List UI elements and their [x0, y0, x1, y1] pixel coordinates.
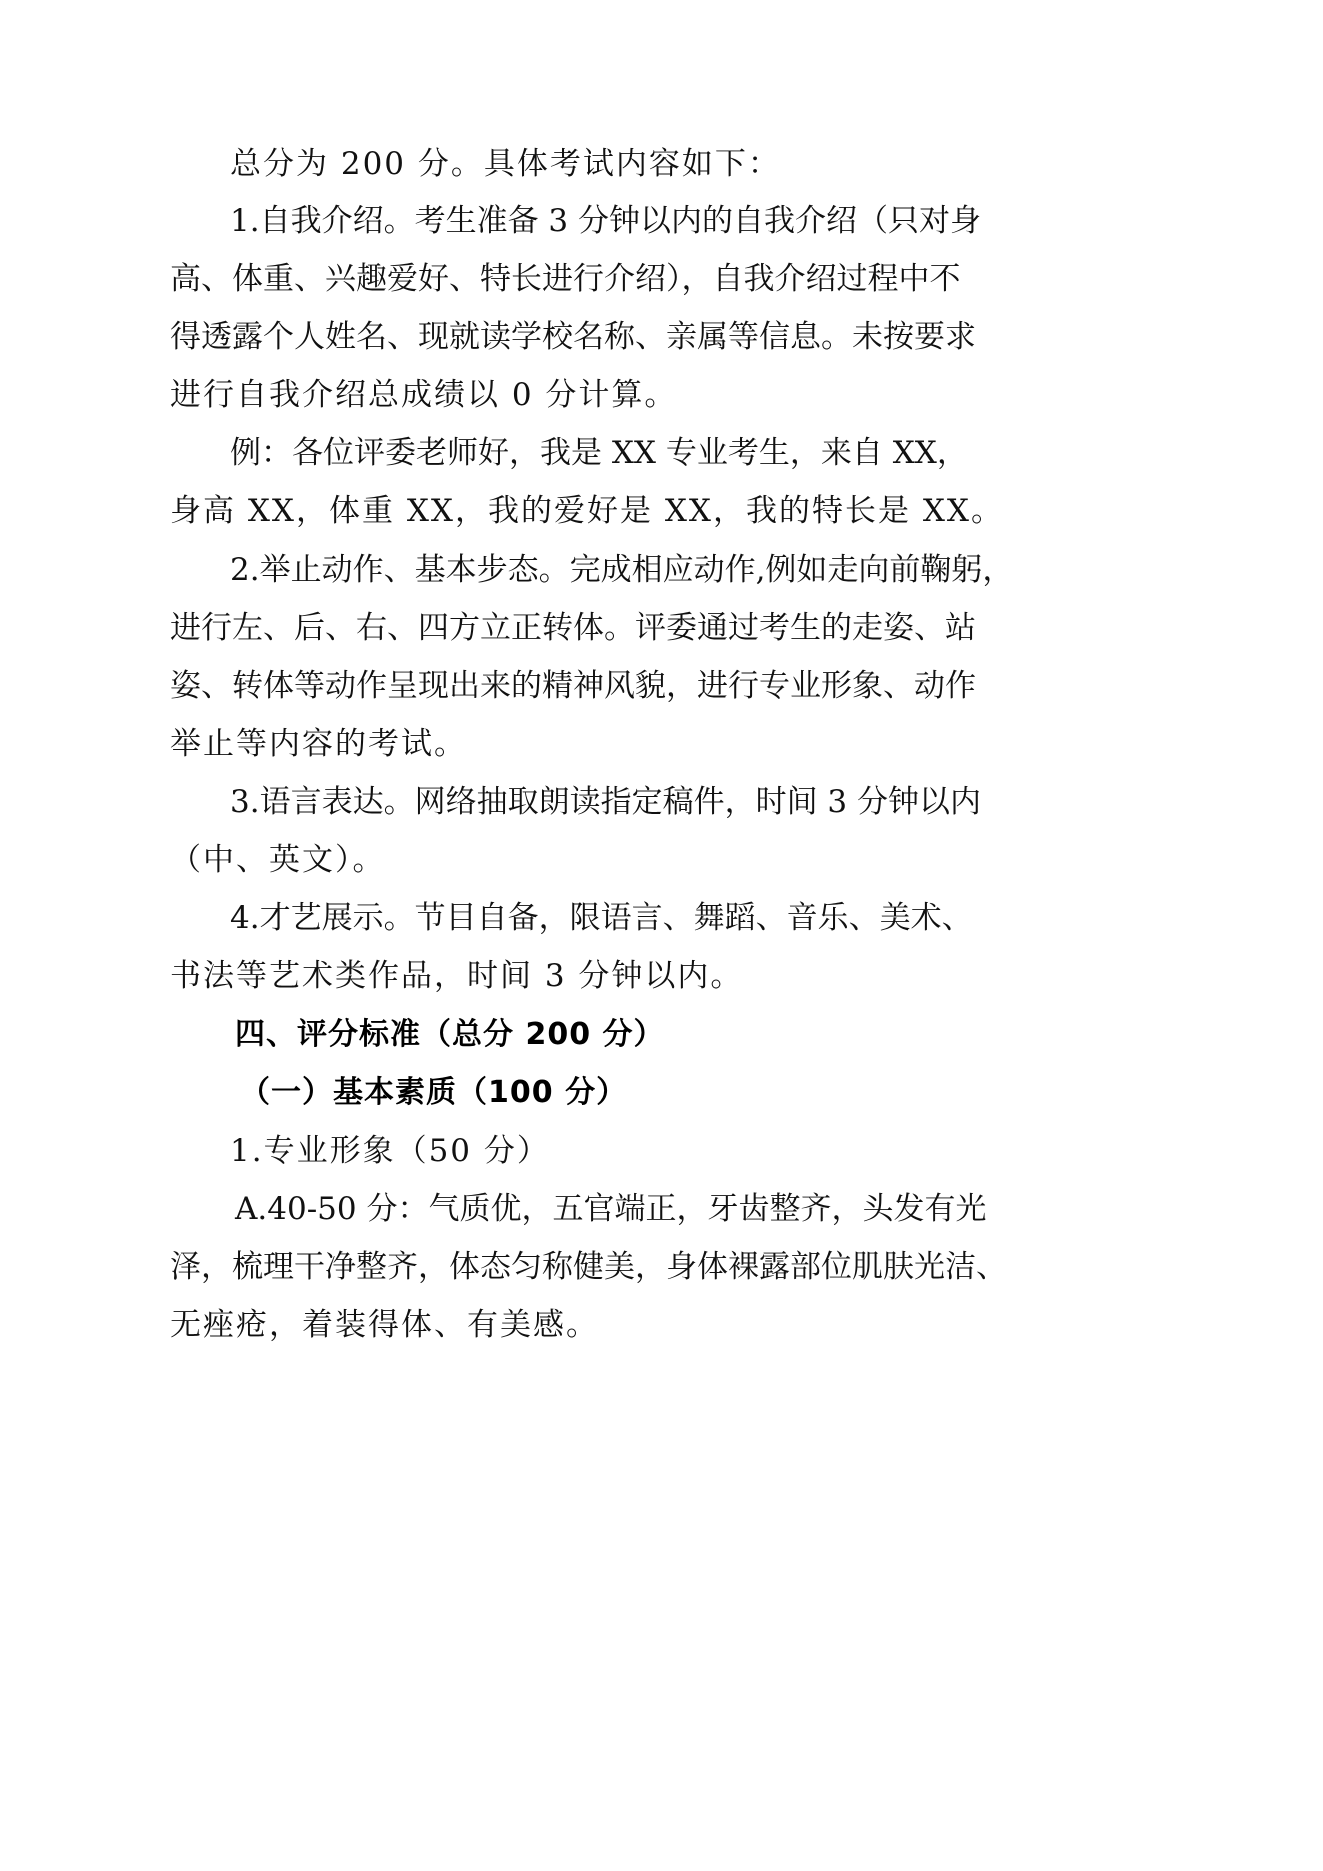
self-intro-line-1: 1.自我介绍。考生准备 3 分钟以内的自我介绍（只对身: [230, 201, 940, 241]
posture-line-4: 举止等内容的考试。: [170, 724, 467, 764]
section-heading: 四、评分标准（总分 200 分）: [235, 1015, 665, 1055]
example-line-1: 例：各位评委老师好，我是 XX 专业考生，来自 XX，: [230, 433, 940, 473]
criterion-a-line-2: 泽，梳理干净整齐，体态匀称健美，身体裸露部位肌肤光洁、: [170, 1247, 940, 1287]
language-line-1: 3.语言表达。网络抽取朗读指定稿件，时间 3 分钟以内: [230, 782, 940, 822]
document-page: 总分为 200 分。具体考试内容如下： 1.自我介绍。考生准备 3 分钟以内的自…: [0, 0, 1323, 1871]
talent-line-1: 4.才艺展示。节目自备，限语言、舞蹈、音乐、美术、: [230, 898, 935, 938]
intro-line: 总分为 200 分。具体考试内容如下：: [230, 144, 781, 184]
subsection-heading: （一）基本素质（100 分）: [240, 1073, 627, 1113]
criterion-a-line-1: A.40-50 分：气质优，五官端正，牙齿整齐，头发有光: [235, 1189, 940, 1229]
self-intro-line-2: 高、体重、兴趣爱好、特长进行介绍），自我介绍过程中不: [170, 259, 940, 299]
criterion-a-line-3: 无痤疮，着装得体、有美感。: [170, 1305, 599, 1345]
posture-line-1: 2.举止动作、基本步态。完成相应动作,例如走向前鞠躬，: [230, 550, 940, 590]
example-line-2: 身高 XX，体重 XX，我的爱好是 XX，我的特长是 XX。: [170, 491, 1004, 531]
talent-line-2: 书法等艺术类作品，时间 3 分钟以内。: [170, 956, 743, 996]
posture-line-2: 进行左、后、右、四方立正转体。评委通过考生的走姿、站: [170, 608, 940, 648]
self-intro-line-3: 得透露个人姓名、现就读学校名称、亲属等信息。未按要求: [170, 317, 940, 357]
language-line-2: （中、英文）。: [170, 840, 386, 880]
criterion-title: 1.专业形象（50 分）: [230, 1131, 550, 1171]
posture-line-3: 姿、转体等动作呈现出来的精神风貌，进行专业形象、动作: [170, 666, 940, 706]
self-intro-line-4: 进行自我介绍总成绩以 0 分计算。: [170, 375, 677, 415]
